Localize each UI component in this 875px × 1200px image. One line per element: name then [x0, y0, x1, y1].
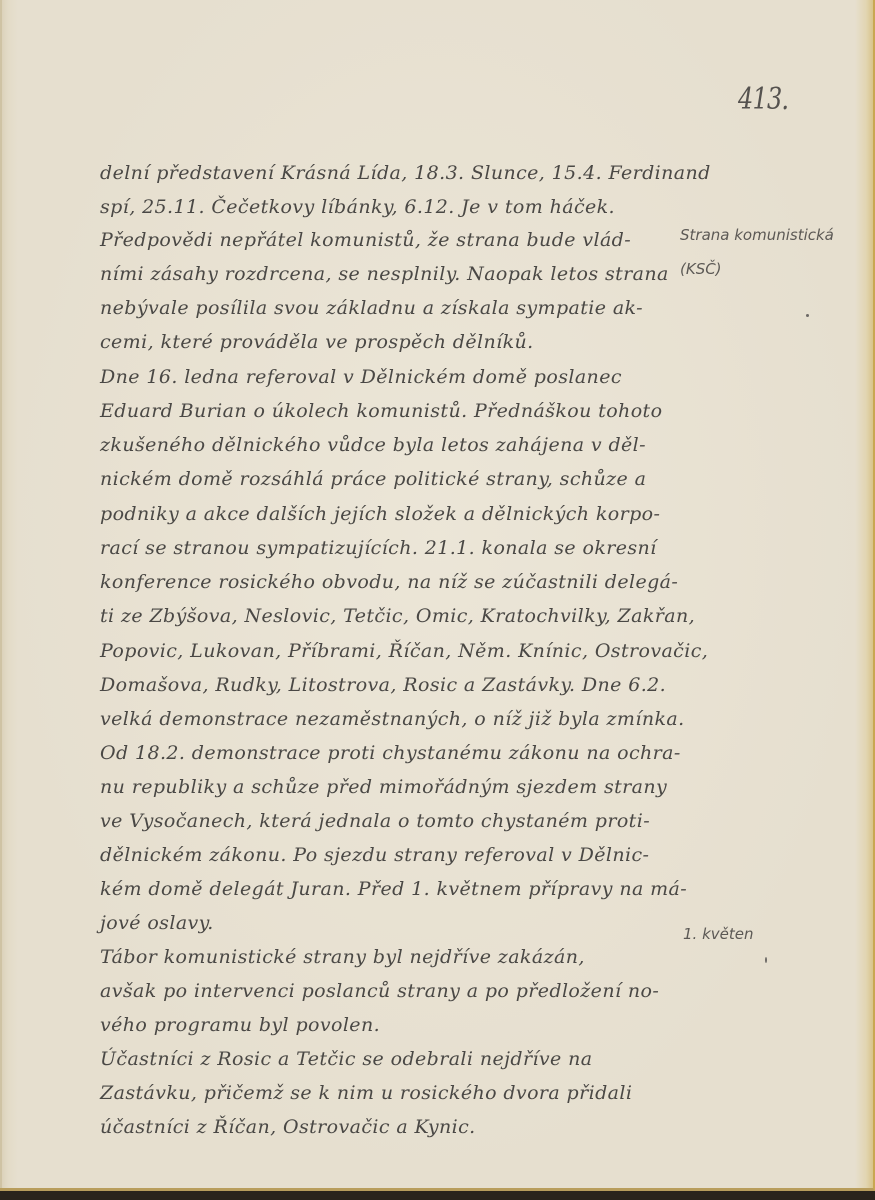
text-line: Eduard Burian o úkolech komunistů. Předn… [100, 400, 662, 422]
ink-speck [806, 314, 809, 317]
text-line: účastníci z Říčan, Ostrovačic a Kynic. [100, 1116, 476, 1138]
text-line: velká demonstrace nezaměstnaných, o níž … [100, 708, 685, 730]
text-line: avšak po intervenci poslanců strany a po… [100, 980, 659, 1002]
manuscript-page: 413. delní představení Krásná Lída, 18.3… [0, 0, 875, 1191]
text-line: Předpovědi nepřátel komunistů, že strana… [100, 229, 631, 251]
text-line: zkušeného dělnického vůdce byla letos za… [100, 434, 646, 456]
text-line: cemi, které prováděla ve prospěch dělník… [100, 331, 534, 353]
ink-speck [765, 957, 767, 963]
text-line: nebývale posílila svou základnu a získal… [100, 297, 643, 319]
text-line: rací se stranou sympatizujících. 21.1. k… [100, 537, 657, 559]
text-line: jové oslavy. [100, 912, 214, 934]
text-line: Od 18.2. demonstrace proti chystanému zá… [100, 742, 681, 764]
margin-note: (KSČ) [680, 260, 722, 278]
text-line: podniky a akce dalších jejích složek a d… [100, 503, 660, 525]
text-line: dělnickém zákonu. Po sjezdu strany refer… [100, 844, 649, 866]
text-line: ve Vysočanech, která jednala o tomto chy… [100, 810, 650, 832]
text-line: spí, 25.11. Čečetkovy líbánky, 6.12. Je … [100, 196, 615, 218]
text-line: Popovic, Lukovan, Příbrami, Říčan, Něm. … [100, 640, 708, 662]
text-line: ními zásahy rozdrcena, se nesplnily. Nao… [100, 263, 669, 285]
text-line: Zastávku, přičemž se k nim u rosického d… [100, 1082, 632, 1104]
text-line: ti ze Zbýšova, Neslovic, Tetčic, Omic, K… [100, 605, 695, 627]
text-line: Dne 16. ledna referoval v Dělnickém domě… [100, 366, 622, 388]
page-number: 413. [738, 82, 788, 117]
text-line: kém domě delegát Juran. Před 1. květnem … [100, 878, 687, 900]
text-line: nu republiky a schůze před mimořádným sj… [100, 776, 667, 798]
text-line: Účastníci z Rosic a Tetčic se odebrali n… [100, 1048, 593, 1070]
margin-note: Strana komunistická [680, 226, 834, 244]
text-line: Domašova, Rudky, Litostrova, Rosic a Zas… [100, 674, 666, 696]
margin-note: 1. květen [683, 925, 754, 943]
text-line: delní představení Krásná Lída, 18.3. Slu… [100, 162, 711, 184]
text-line: nickém domě rozsáhlá práce politické str… [100, 468, 646, 490]
text-line: Tábor komunistické strany byl nejdříve z… [100, 946, 585, 968]
text-line: konference rosického obvodu, na níž se z… [100, 571, 678, 593]
text-line: vého programu byl povolen. [100, 1014, 380, 1036]
